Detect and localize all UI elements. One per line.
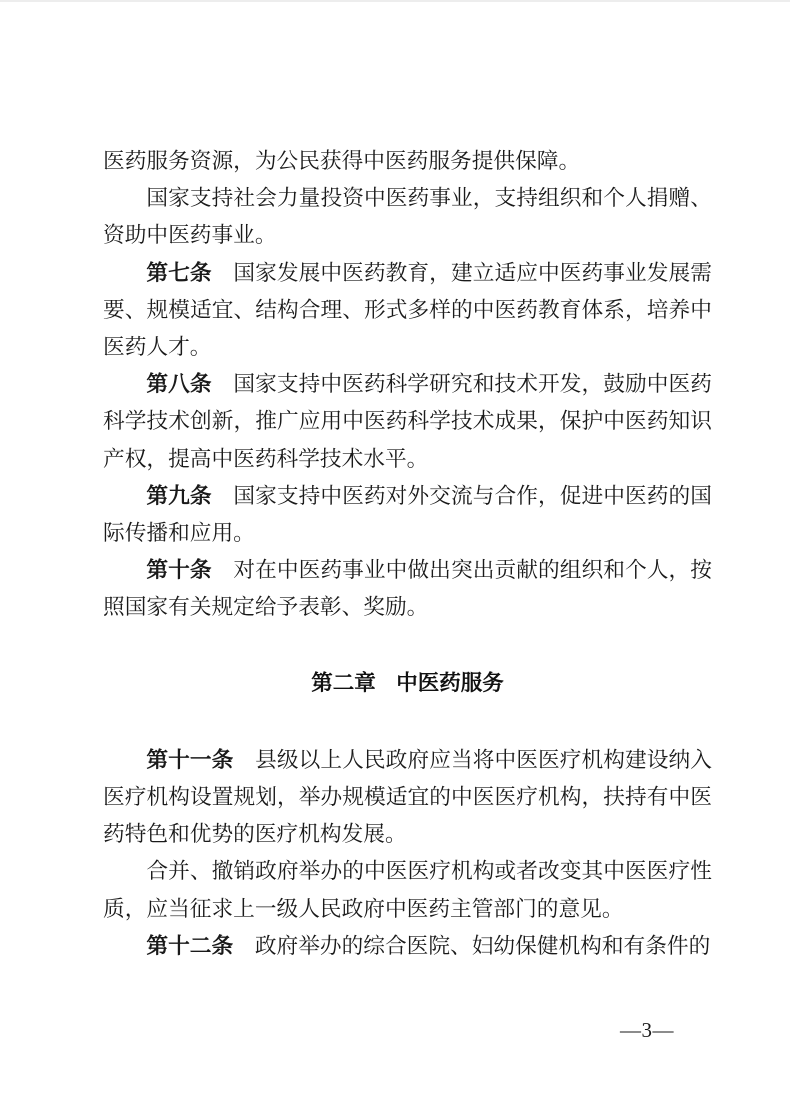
article-10: 第十条对在中医药事业中做出突出贡献的组织和个人，按照国家有关规定给予表彰、奖励。: [103, 552, 712, 626]
document-page: 医药服务资源，为公民获得中医药服务提供保障。 国家支持社会力量投资中医药事业，支…: [0, 0, 790, 1118]
article-12-label: 第十二条: [146, 934, 233, 958]
page-number: —3—: [620, 1018, 674, 1042]
paragraph-social-support: 国家支持社会力量投资中医药事业，支持组织和个人捐赠、资助中医药事业。: [103, 180, 712, 254]
article-9: 第九条国家支持中医药对外交流与合作，促进中医药的国际传播和应用。: [103, 478, 712, 552]
article-9-label: 第九条: [146, 484, 211, 508]
article-11: 第十一条县级以上人民政府应当将中医医疗机构建设纳入医疗机构设置规划，举办规模适宜…: [103, 742, 712, 854]
chapter-title: 中医药服务: [396, 671, 504, 695]
document-body: 医药服务资源，为公民获得中医药服务提供保障。 国家支持社会力量投资中医药事业，支…: [103, 143, 712, 965]
article-7-label: 第七条: [146, 261, 211, 285]
article-10-label: 第十条: [146, 558, 211, 582]
article-8: 第八条国家支持中医药科学研究和技术开发，鼓励中医药科学技术创新，推广应用中医药科…: [103, 366, 712, 478]
article-8-label: 第八条: [146, 372, 211, 396]
article-12-text: 政府举办的综合医院、妇幼保健机构和有条件的: [255, 934, 710, 958]
chapter-number: 第二章: [311, 671, 376, 695]
article-12: 第十二条政府举办的综合医院、妇幼保健机构和有条件的: [103, 928, 712, 965]
article-11-label: 第十一条: [146, 748, 233, 772]
chapter-heading: 第二章中医药服务: [103, 665, 712, 702]
scan-top-edge: [0, 0, 790, 2]
article-7: 第七条国家发展中医药教育，建立适应中医药事业发展需要、规模适宜、结构合理、形式多…: [103, 255, 712, 367]
paragraph-merge-abolish: 合并、撤销政府举办的中医医疗机构或者改变其中医医疗性质，应当征求上一级人民政府中…: [103, 853, 712, 927]
paragraph-continuation: 医药服务资源，为公民获得中医药服务提供保障。: [103, 143, 712, 180]
